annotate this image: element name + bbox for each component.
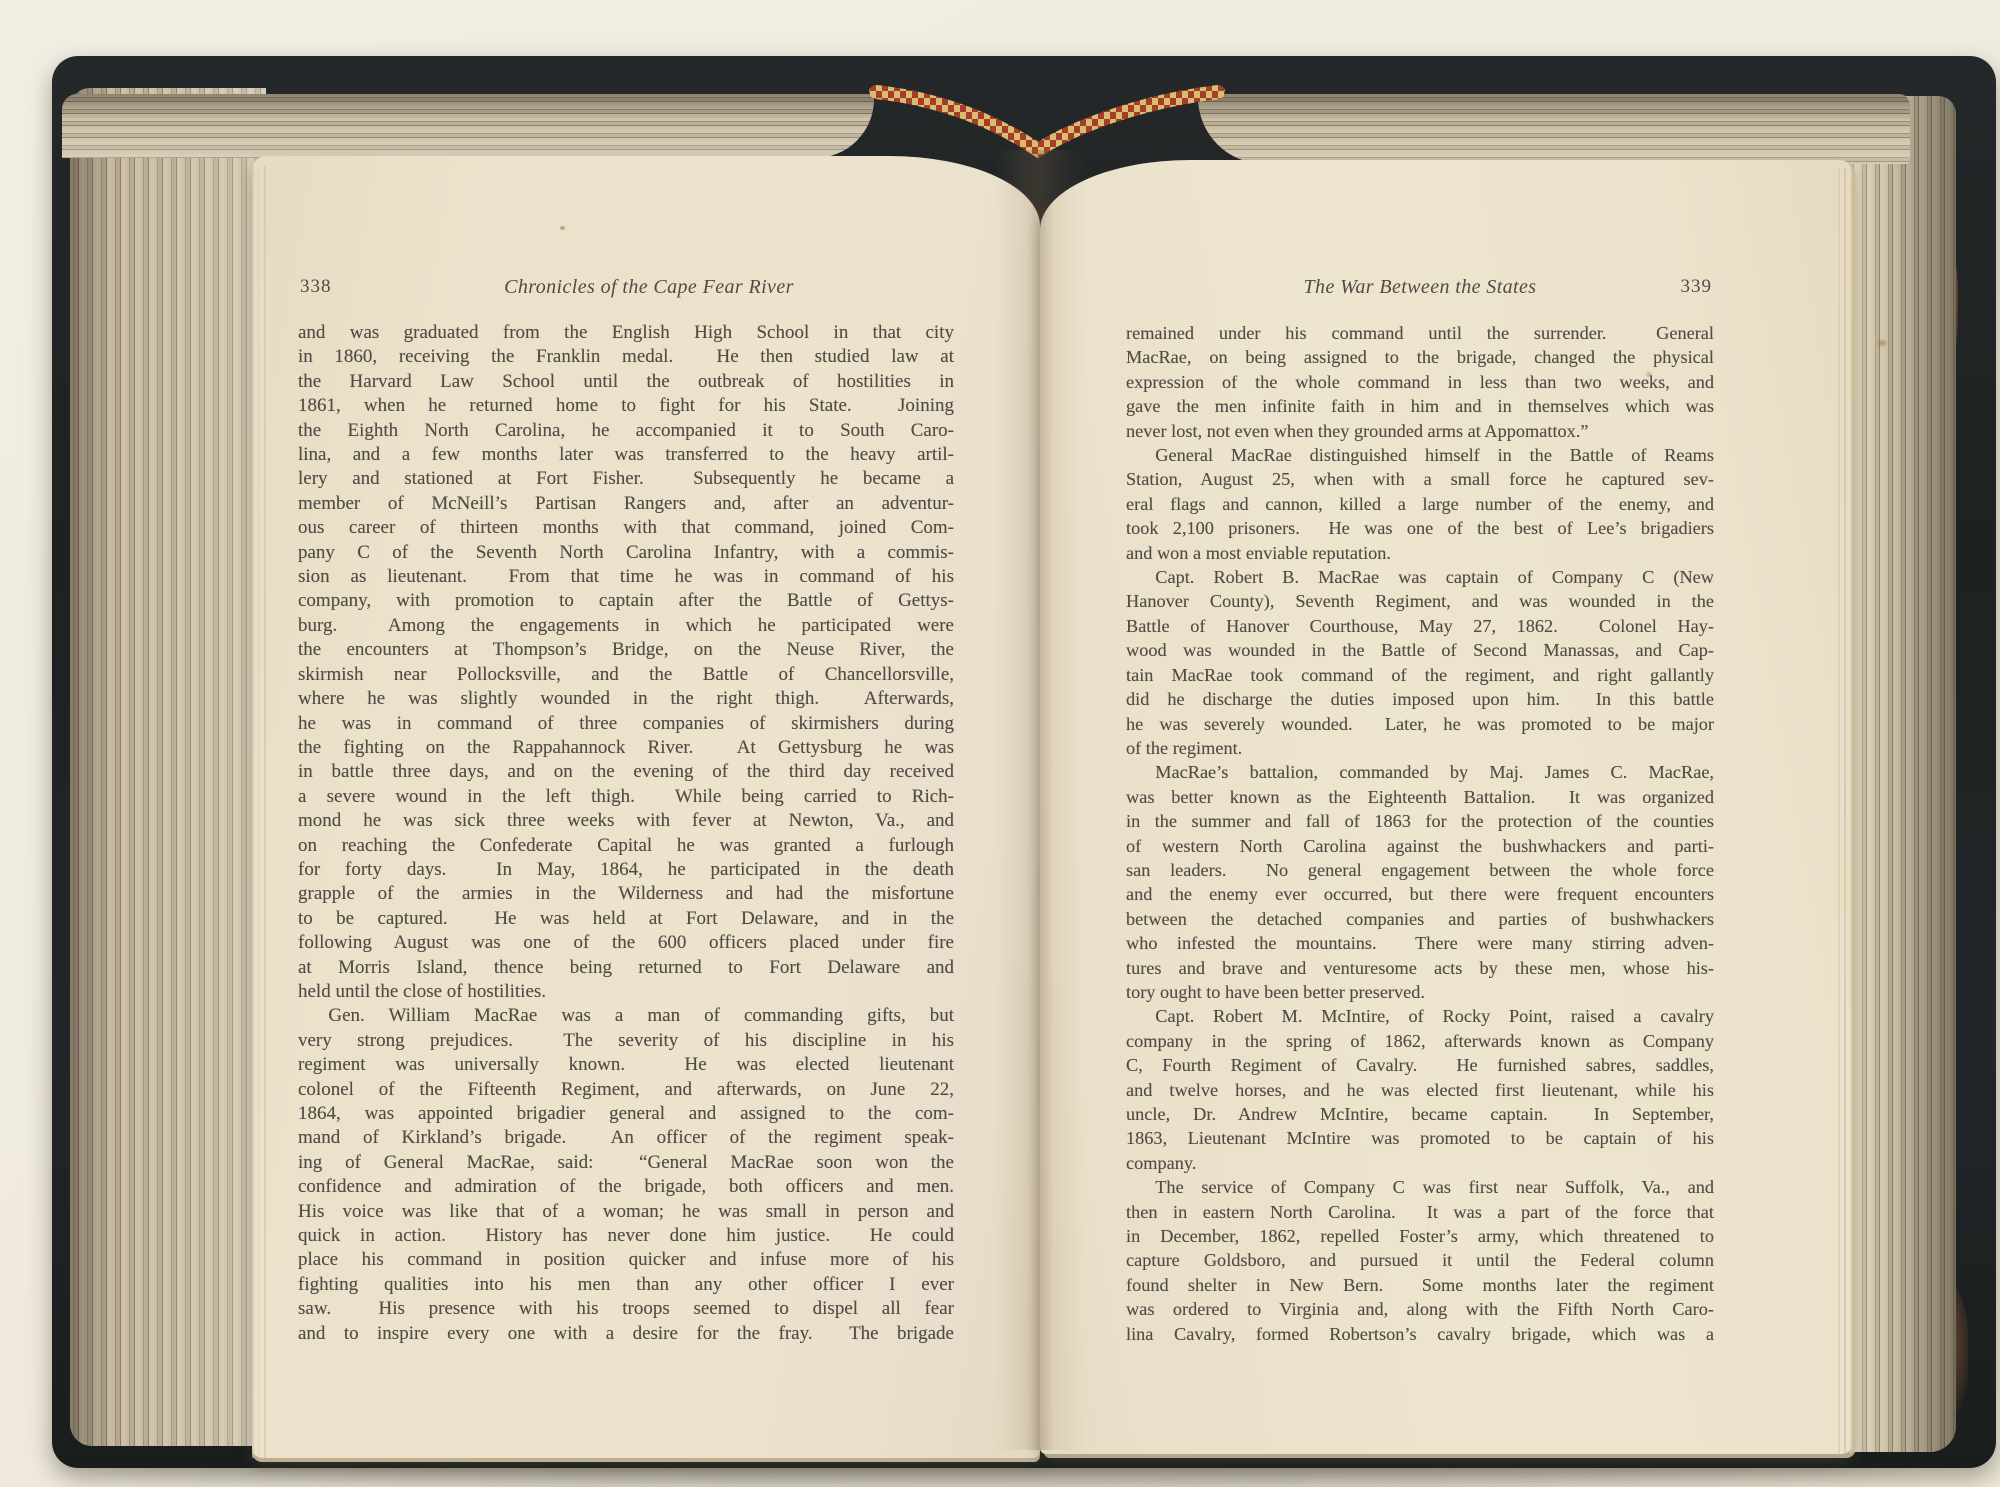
text-line: between the detached companies and parti… <box>1126 907 1714 931</box>
text-line: to be captured. He was held at Fort Dela… <box>298 907 954 931</box>
text-line: place his command in position quicker an… <box>298 1248 954 1272</box>
text-line: the Harvard Law School until the outbrea… <box>298 370 954 394</box>
text-line: where he was slightly wounded in the rig… <box>298 687 954 711</box>
text-line: Capt. Robert B. MacRae was captain of Co… <box>1126 565 1714 589</box>
text-line: mond he was sick three weeks with fever … <box>298 809 954 833</box>
text-line: in the summer and fall of 1863 for the p… <box>1126 809 1714 833</box>
text-line: and was graduated from the English High … <box>298 321 954 345</box>
text-line: and twelve horses, and he was elected fi… <box>1126 1078 1714 1102</box>
text-line: ous career of thirteen months with that … <box>298 516 954 540</box>
text-line: Hanover County), Seventh Regiment, and w… <box>1126 589 1714 613</box>
text-line: MacRae, on being assigned to the brigade… <box>1126 345 1714 369</box>
text-line: and won a most enviable reputation. <box>1126 541 1714 565</box>
gutter-shadow <box>995 150 1085 1450</box>
text-line: Station, August 25, when with a small fo… <box>1126 467 1714 491</box>
text-line: mand of Kirkland’s brigade. An officer o… <box>298 1126 954 1150</box>
text-line: C, Fourth Regiment of Cavalry. He furnis… <box>1126 1053 1714 1077</box>
text-line: skirmish near Pollocksville, and the Bat… <box>298 663 954 687</box>
text-line: member of McNeill’s Partisan Rangers and… <box>298 492 954 516</box>
text-line: he was severely wounded. Later, he was p… <box>1126 712 1714 736</box>
text-line: His voice was like that of a woman; he w… <box>298 1200 954 1224</box>
text-line: in 1860, receiving the Franklin medal. H… <box>298 345 954 369</box>
foxing-speck <box>1646 372 1652 377</box>
text-line: capture Goldsboro, and pursued it until … <box>1126 1248 1714 1272</box>
running-title-left: Chronicles of the Cape Fear River <box>298 276 954 299</box>
text-line: found shelter in New Bern. Some months l… <box>1126 1273 1714 1297</box>
right-page-body: remained under his command until the sur… <box>1126 321 1714 1346</box>
text-line: was better known as the Eighteenth Batta… <box>1126 785 1714 809</box>
text-line: fighting qualities into his men than any… <box>298 1273 954 1297</box>
text-line: took 2,100 prisoners. He was one of the … <box>1126 516 1714 540</box>
foxing-speck <box>560 226 565 230</box>
text-line: the Eighth North Carolina, he accompanie… <box>298 419 954 443</box>
text-line: was ordered to Virginia and, along with … <box>1126 1297 1714 1321</box>
left-page-text: 338 Chronicles of the Cape Fear River an… <box>298 276 954 1346</box>
text-line: held until the close of hostilities. <box>298 980 954 1004</box>
text-line: saw. His presence with his troops seemed… <box>298 1297 954 1321</box>
text-line: company. <box>1126 1151 1714 1175</box>
text-line: Battle of Hanover Courthouse, May 27, 18… <box>1126 614 1714 638</box>
text-line: grapple of the armies in the Wilderness … <box>298 882 954 906</box>
page-edges-right <box>1846 96 1956 1452</box>
text-line: remained under his command until the sur… <box>1126 321 1714 345</box>
text-line: who infested the mountains. There were m… <box>1126 931 1714 955</box>
text-line: quick in action. History has never done … <box>298 1224 954 1248</box>
text-line: pany C of the Seventh North Carolina Inf… <box>298 541 954 565</box>
text-line: Capt. Robert M. McIntire, of Rocky Point… <box>1126 1004 1714 1028</box>
foxing-speck <box>1878 340 1886 346</box>
text-line: General MacRae distinguished himself in … <box>1126 443 1714 467</box>
text-line: gave the men infinite faith in him and i… <box>1126 394 1714 418</box>
text-line: regiment was universally known. He was e… <box>298 1053 954 1077</box>
text-line: lina Cavalry, formed Robertson’s cavalry… <box>1126 1322 1714 1346</box>
text-line: company in the spring of 1862, afterward… <box>1126 1029 1714 1053</box>
text-line: MacRae’s battalion, commanded by Maj. Ja… <box>1126 760 1714 784</box>
left-page-header: 338 Chronicles of the Cape Fear River <box>298 276 954 304</box>
text-line: in December, 1862, repelled Foster’s arm… <box>1126 1224 1714 1248</box>
text-line: following August was one of the 600 offi… <box>298 931 954 955</box>
text-line: tures and brave and venturesome acts by … <box>1126 956 1714 980</box>
text-line: ing of General MacRae, said: “General Ma… <box>298 1151 954 1175</box>
text-line: sion as lieutenant. From that time he wa… <box>298 565 954 589</box>
left-page-body: and was graduated from the English High … <box>298 321 954 1346</box>
text-line: 1861, when he returned home to fight for… <box>298 394 954 418</box>
text-line: company, with promotion to captain after… <box>298 589 954 613</box>
text-line: lery and stationed at Fort Fisher. Subse… <box>298 467 954 491</box>
text-line: wood was wounded in the Battle of Second… <box>1126 638 1714 662</box>
page-edges-top-left <box>62 94 874 158</box>
text-line: expression of the whole command in less … <box>1126 370 1714 394</box>
text-line: lina, and a few months later was transfe… <box>298 443 954 467</box>
text-line: 1863, Lieutenant McIntire was promoted t… <box>1126 1126 1714 1150</box>
text-line: in battle three days, and on the evening… <box>298 760 954 784</box>
text-line: san leaders. No general engagement betwe… <box>1126 858 1714 882</box>
text-line: the fighting on the Rappahannock River. … <box>298 736 954 760</box>
page-number-right: 339 <box>1681 276 1713 298</box>
page-number-left: 338 <box>300 276 332 298</box>
text-line: burg. Among the engagements in which he … <box>298 614 954 638</box>
text-line: eral flags and cannon, killed a large nu… <box>1126 492 1714 516</box>
text-line: the encounters at Thompson’s Bridge, on … <box>298 638 954 662</box>
page-edges-left <box>70 88 266 1446</box>
text-line: 1864, was appointed brigadier general an… <box>298 1102 954 1126</box>
text-line: of western North Carolina against the bu… <box>1126 834 1714 858</box>
text-line: at Morris Island, thence being returned … <box>298 956 954 980</box>
right-page-header: The War Between the States 339 <box>1126 276 1714 304</box>
text-line: confidence and admiration of the brigade… <box>298 1175 954 1199</box>
running-title-right: The War Between the States <box>1126 276 1714 299</box>
text-line: Gen. William MacRae was a man of command… <box>298 1004 954 1028</box>
text-line: tain MacRae took command of the regiment… <box>1126 663 1714 687</box>
text-line: did he discharge the duties imposed upon… <box>1126 687 1714 711</box>
text-line: The service of Company C was first near … <box>1126 1175 1714 1199</box>
text-line: for forty days. In May, 1864, he partici… <box>298 858 954 882</box>
text-line: very strong prejudices. The severity of … <box>298 1029 954 1053</box>
text-line: and to inspire every one with a desire f… <box>298 1322 954 1346</box>
right-page-text: The War Between the States 339 remained … <box>1126 276 1714 1346</box>
book-photo: 338 Chronicles of the Cape Fear River an… <box>0 0 2000 1487</box>
text-line: and the enemy ever occurred, but there w… <box>1126 882 1714 906</box>
text-line: a severe wound in the left thigh. While … <box>298 785 954 809</box>
text-line: tory ought to have been better preserved… <box>1126 980 1714 1004</box>
text-line: colonel of the Fifteenth Regiment, and a… <box>298 1078 954 1102</box>
text-line: never lost, not even when they grounded … <box>1126 419 1714 443</box>
page-edges-top-right <box>1198 94 1910 164</box>
text-line: of the regiment. <box>1126 736 1714 760</box>
text-line: he was in command of three companies of … <box>298 712 954 736</box>
text-line: uncle, Dr. Andrew McIntire, became capta… <box>1126 1102 1714 1126</box>
text-line: on reaching the Confederate Capital he w… <box>298 834 954 858</box>
text-line: then in eastern North Carolina. It was a… <box>1126 1200 1714 1224</box>
